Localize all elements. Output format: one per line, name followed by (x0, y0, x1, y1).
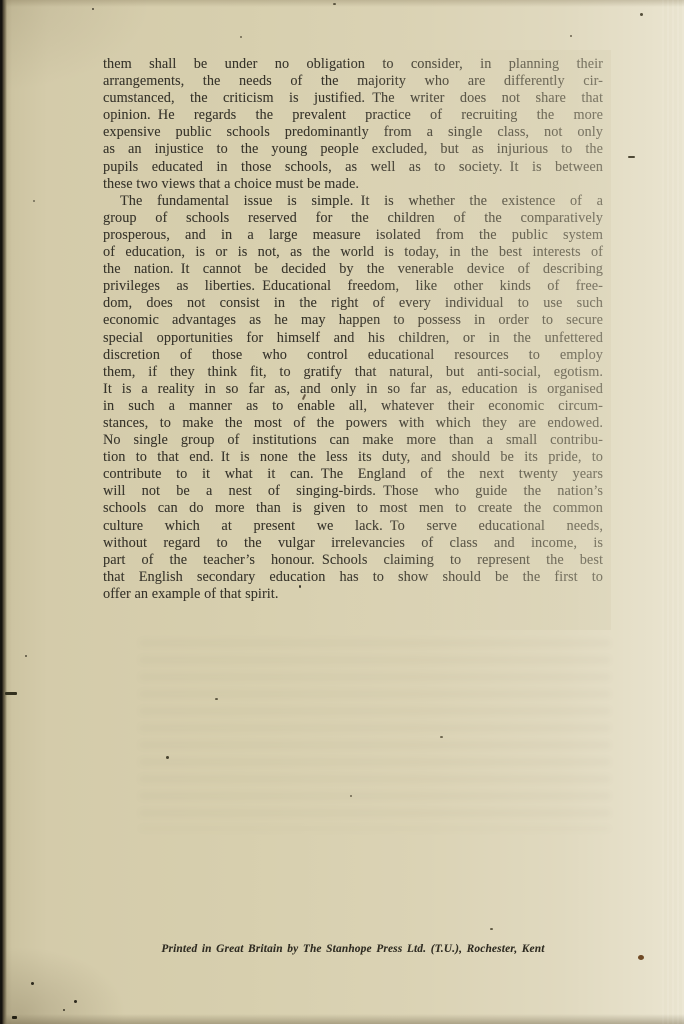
text-line: as an injustice to the young people excl… (103, 141, 603, 158)
text-line: these two views that a choice must be ma… (103, 176, 603, 193)
paper-speck (63, 1009, 65, 1011)
paper-speck (440, 736, 443, 738)
page-left-binding-edge (0, 0, 7, 1024)
text-line: group of schools reserved for the childr… (103, 210, 603, 227)
page-text: them shall be under no obligation to con… (103, 56, 603, 603)
text-line: in such a manner as to enable all, whate… (103, 398, 603, 415)
text-line: stances, to make the most of the powers … (103, 415, 603, 432)
text-line: No single group of institutions can make… (103, 432, 603, 449)
text-line: will not be a nest of singing-birds. Tho… (103, 483, 603, 500)
text-line: The fundamental issue is simple. It is w… (103, 193, 603, 210)
text-line: of education, is or is not, as the world… (103, 244, 603, 261)
text-line: opinion. He regards the prevalent practi… (103, 107, 603, 124)
paper-speck (92, 8, 94, 10)
paper-speck (640, 13, 643, 16)
paper-speck (350, 795, 352, 797)
paper-speck (628, 156, 635, 158)
text-line: privileges as liberties. Educational fre… (103, 278, 603, 295)
paper-speck (240, 36, 242, 38)
reverse-side-show-through (140, 640, 610, 830)
paper-speck (166, 756, 169, 759)
text-line: them, if they think fit, to gratify that… (103, 364, 603, 381)
text-line: offer an example of that spirit. (103, 586, 603, 603)
text-line: without regard to the vulgar irrelevanci… (103, 535, 603, 552)
paper-speck (74, 1000, 77, 1003)
paper-speck (25, 655, 27, 657)
paper-speck (31, 982, 34, 985)
paper-speck (12, 1016, 17, 1019)
page-right-edge-streaks (662, 0, 684, 1024)
text-line: special opportunities for himself and hi… (103, 330, 603, 347)
text-line: prosperous, and in a large measure isola… (103, 227, 603, 244)
text-line: dom, does not consist in the right of ev… (103, 295, 603, 312)
text-line: It is a reality in so far as, and only i… (103, 381, 603, 398)
text-line: part of the teacher’s honour. Schools cl… (103, 552, 603, 569)
text-line: arrangements, the needs of the majority … (103, 73, 603, 90)
text-line: economic advantages as he may happen to … (103, 312, 603, 329)
text-line: them shall be under no obligation to con… (103, 56, 603, 73)
printer-imprint: Printed in Great Britain by The Stanhope… (103, 942, 603, 956)
paper-speck (638, 955, 644, 960)
text-line: culture which at present we lack. To ser… (103, 518, 603, 535)
text-line: that English secondary education has to … (103, 569, 603, 586)
paper-speck (490, 928, 493, 930)
paper-speck (5, 692, 17, 695)
text-line: cumstanced, the criticism is justified. … (103, 90, 603, 107)
paper-speck (215, 698, 218, 700)
text-line: schools can do more than is given to mos… (103, 500, 603, 517)
paper-speck (299, 585, 301, 588)
scanned-book-page: them shall be under no obligation to con… (0, 0, 684, 1024)
text-line: pupils educated in those schools, as wel… (103, 159, 603, 176)
paper-speck (333, 3, 336, 5)
text-line: discretion of those who control educatio… (103, 347, 603, 364)
text-line: contribute to it what it can. The Englan… (103, 466, 603, 483)
text-line: the nation. It cannot be decided by the … (103, 261, 603, 278)
paper-speck (33, 200, 35, 202)
text-line: expensive public schools predominantly f… (103, 124, 603, 141)
paper-speck (570, 35, 572, 37)
text-line: tion to that end. It is none the less it… (103, 449, 603, 466)
